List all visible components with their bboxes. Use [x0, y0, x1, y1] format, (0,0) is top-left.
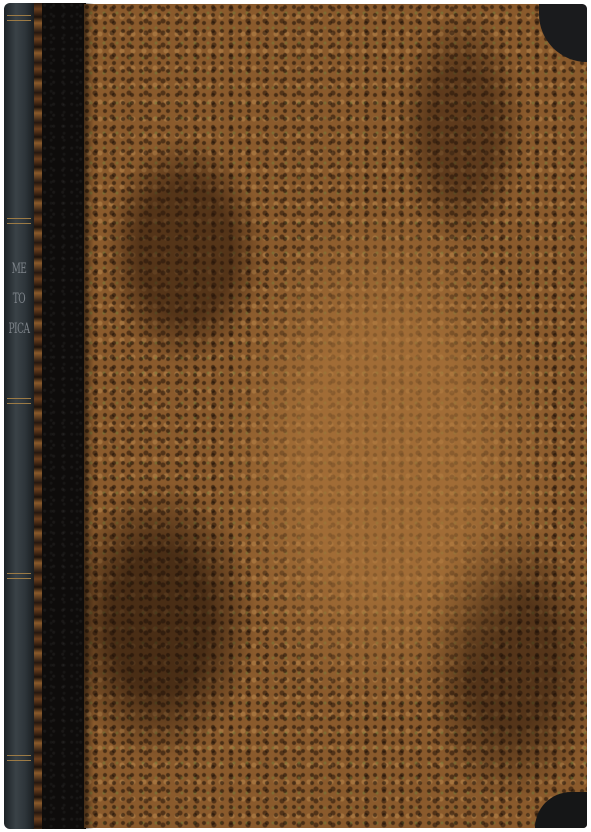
marbled-paper-board [84, 4, 587, 828]
worn-hinge [34, 3, 42, 829]
spine-gilt-band [7, 218, 31, 224]
board-edge-shadow [84, 3, 94, 829]
book-spine: ME TO PICA [4, 3, 34, 829]
book-cover: ME TO PICA [4, 3, 587, 829]
leather-corner-bottom-right [535, 792, 587, 828]
spine-gilt-band [7, 398, 31, 404]
spine-gilt-band [7, 573, 31, 579]
spine-title-line: TO [7, 292, 31, 308]
leather-corner-top-right [539, 4, 587, 62]
spine-gilt-band [7, 15, 31, 21]
spine-gilt-band [7, 755, 31, 761]
spine-title-line: ME [7, 262, 31, 278]
leather-strip [42, 3, 86, 829]
spine-title-line: PICA [7, 322, 31, 338]
